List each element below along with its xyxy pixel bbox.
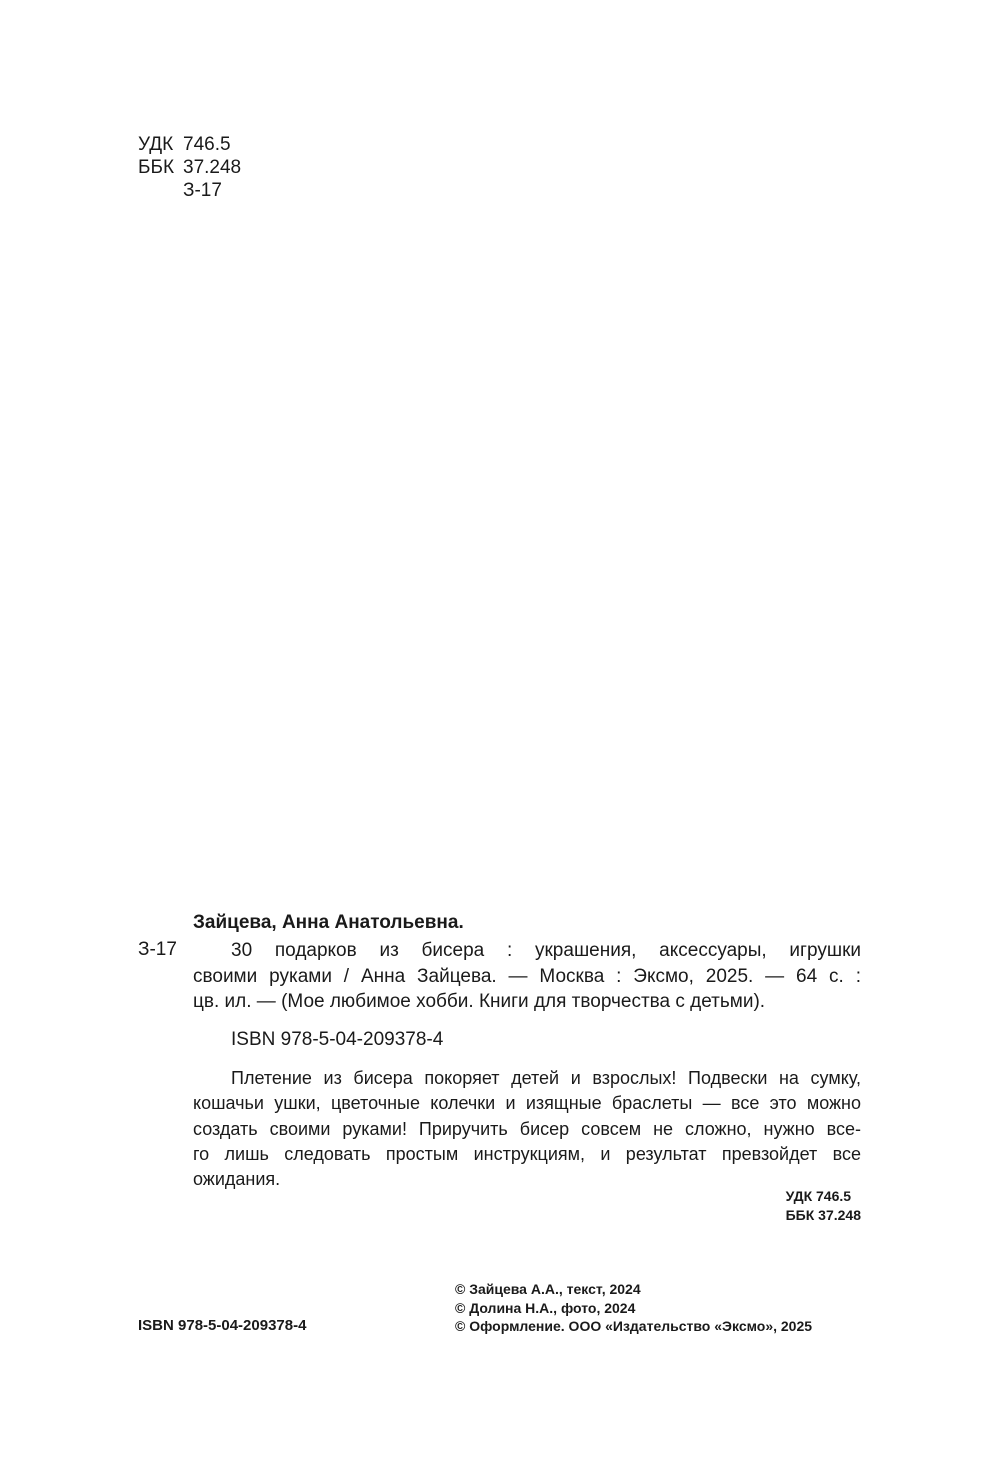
annotation-paragraph: Плетение из бисера покоряет детей и взро… xyxy=(193,1066,861,1192)
classification-indices-bottom: УДК 746.5 ББК 37.248 xyxy=(786,1187,861,1225)
udk-value: 746.5 xyxy=(183,133,231,156)
bbk-value: 37.248 xyxy=(183,156,241,179)
annotation-line: ожидания. xyxy=(193,1167,861,1192)
copyright-block: © Зайцева А.А., текст, 2024 © Долина Н.А… xyxy=(455,1280,812,1336)
author-code-row: З-17 xyxy=(138,179,241,202)
annotation-line: кошачьи ушки, цветочные колечки и изящны… xyxy=(193,1091,861,1116)
udk-bottom: УДК 746.5 xyxy=(786,1187,861,1206)
copyright-line: © Долина Н.А., фото, 2024 xyxy=(455,1299,812,1318)
description-line: 30 подарков из бисера : украшения, аксес… xyxy=(193,938,861,964)
bbk-label: ББК xyxy=(138,156,183,179)
bibliographic-description: 30 подарков из бисера : украшения, аксес… xyxy=(193,938,861,1015)
description-line: цв. ил. — (Мое любимое хобби. Книги для … xyxy=(193,989,861,1015)
isbn-record: ISBN 978-5-04-209378-4 xyxy=(231,1028,443,1052)
bbk-bottom: ББК 37.248 xyxy=(786,1206,861,1225)
copyright-line: © Зайцева А.А., текст, 2024 xyxy=(455,1280,812,1299)
author-heading: Зайцева, Анна Анатольевна. xyxy=(193,911,464,935)
description-line: своими руками / Анна Зайцева. — Москва :… xyxy=(193,964,861,990)
classification-indices-top: УДК746.5 ББК37.248 З-17 xyxy=(138,133,241,202)
annotation-line: Плетение из бисера покоряет детей и взро… xyxy=(193,1066,861,1091)
annotation-line: создать своими руками! Приручить бисер с… xyxy=(193,1117,861,1142)
annotation-line: го лишь следовать простым инструкциям, и… xyxy=(193,1142,861,1167)
copyright-line: © Оформление. ООО «Издательство «Эксмо»,… xyxy=(455,1317,812,1336)
udk-row: УДК746.5 xyxy=(138,133,241,156)
bbk-row: ББК37.248 xyxy=(138,156,241,179)
isbn-bottom: ISBN 978-5-04-209378-4 xyxy=(138,1316,306,1335)
author-code-top: З-17 xyxy=(183,179,222,202)
udk-label: УДК xyxy=(138,133,183,156)
author-code: З-17 xyxy=(138,938,177,962)
